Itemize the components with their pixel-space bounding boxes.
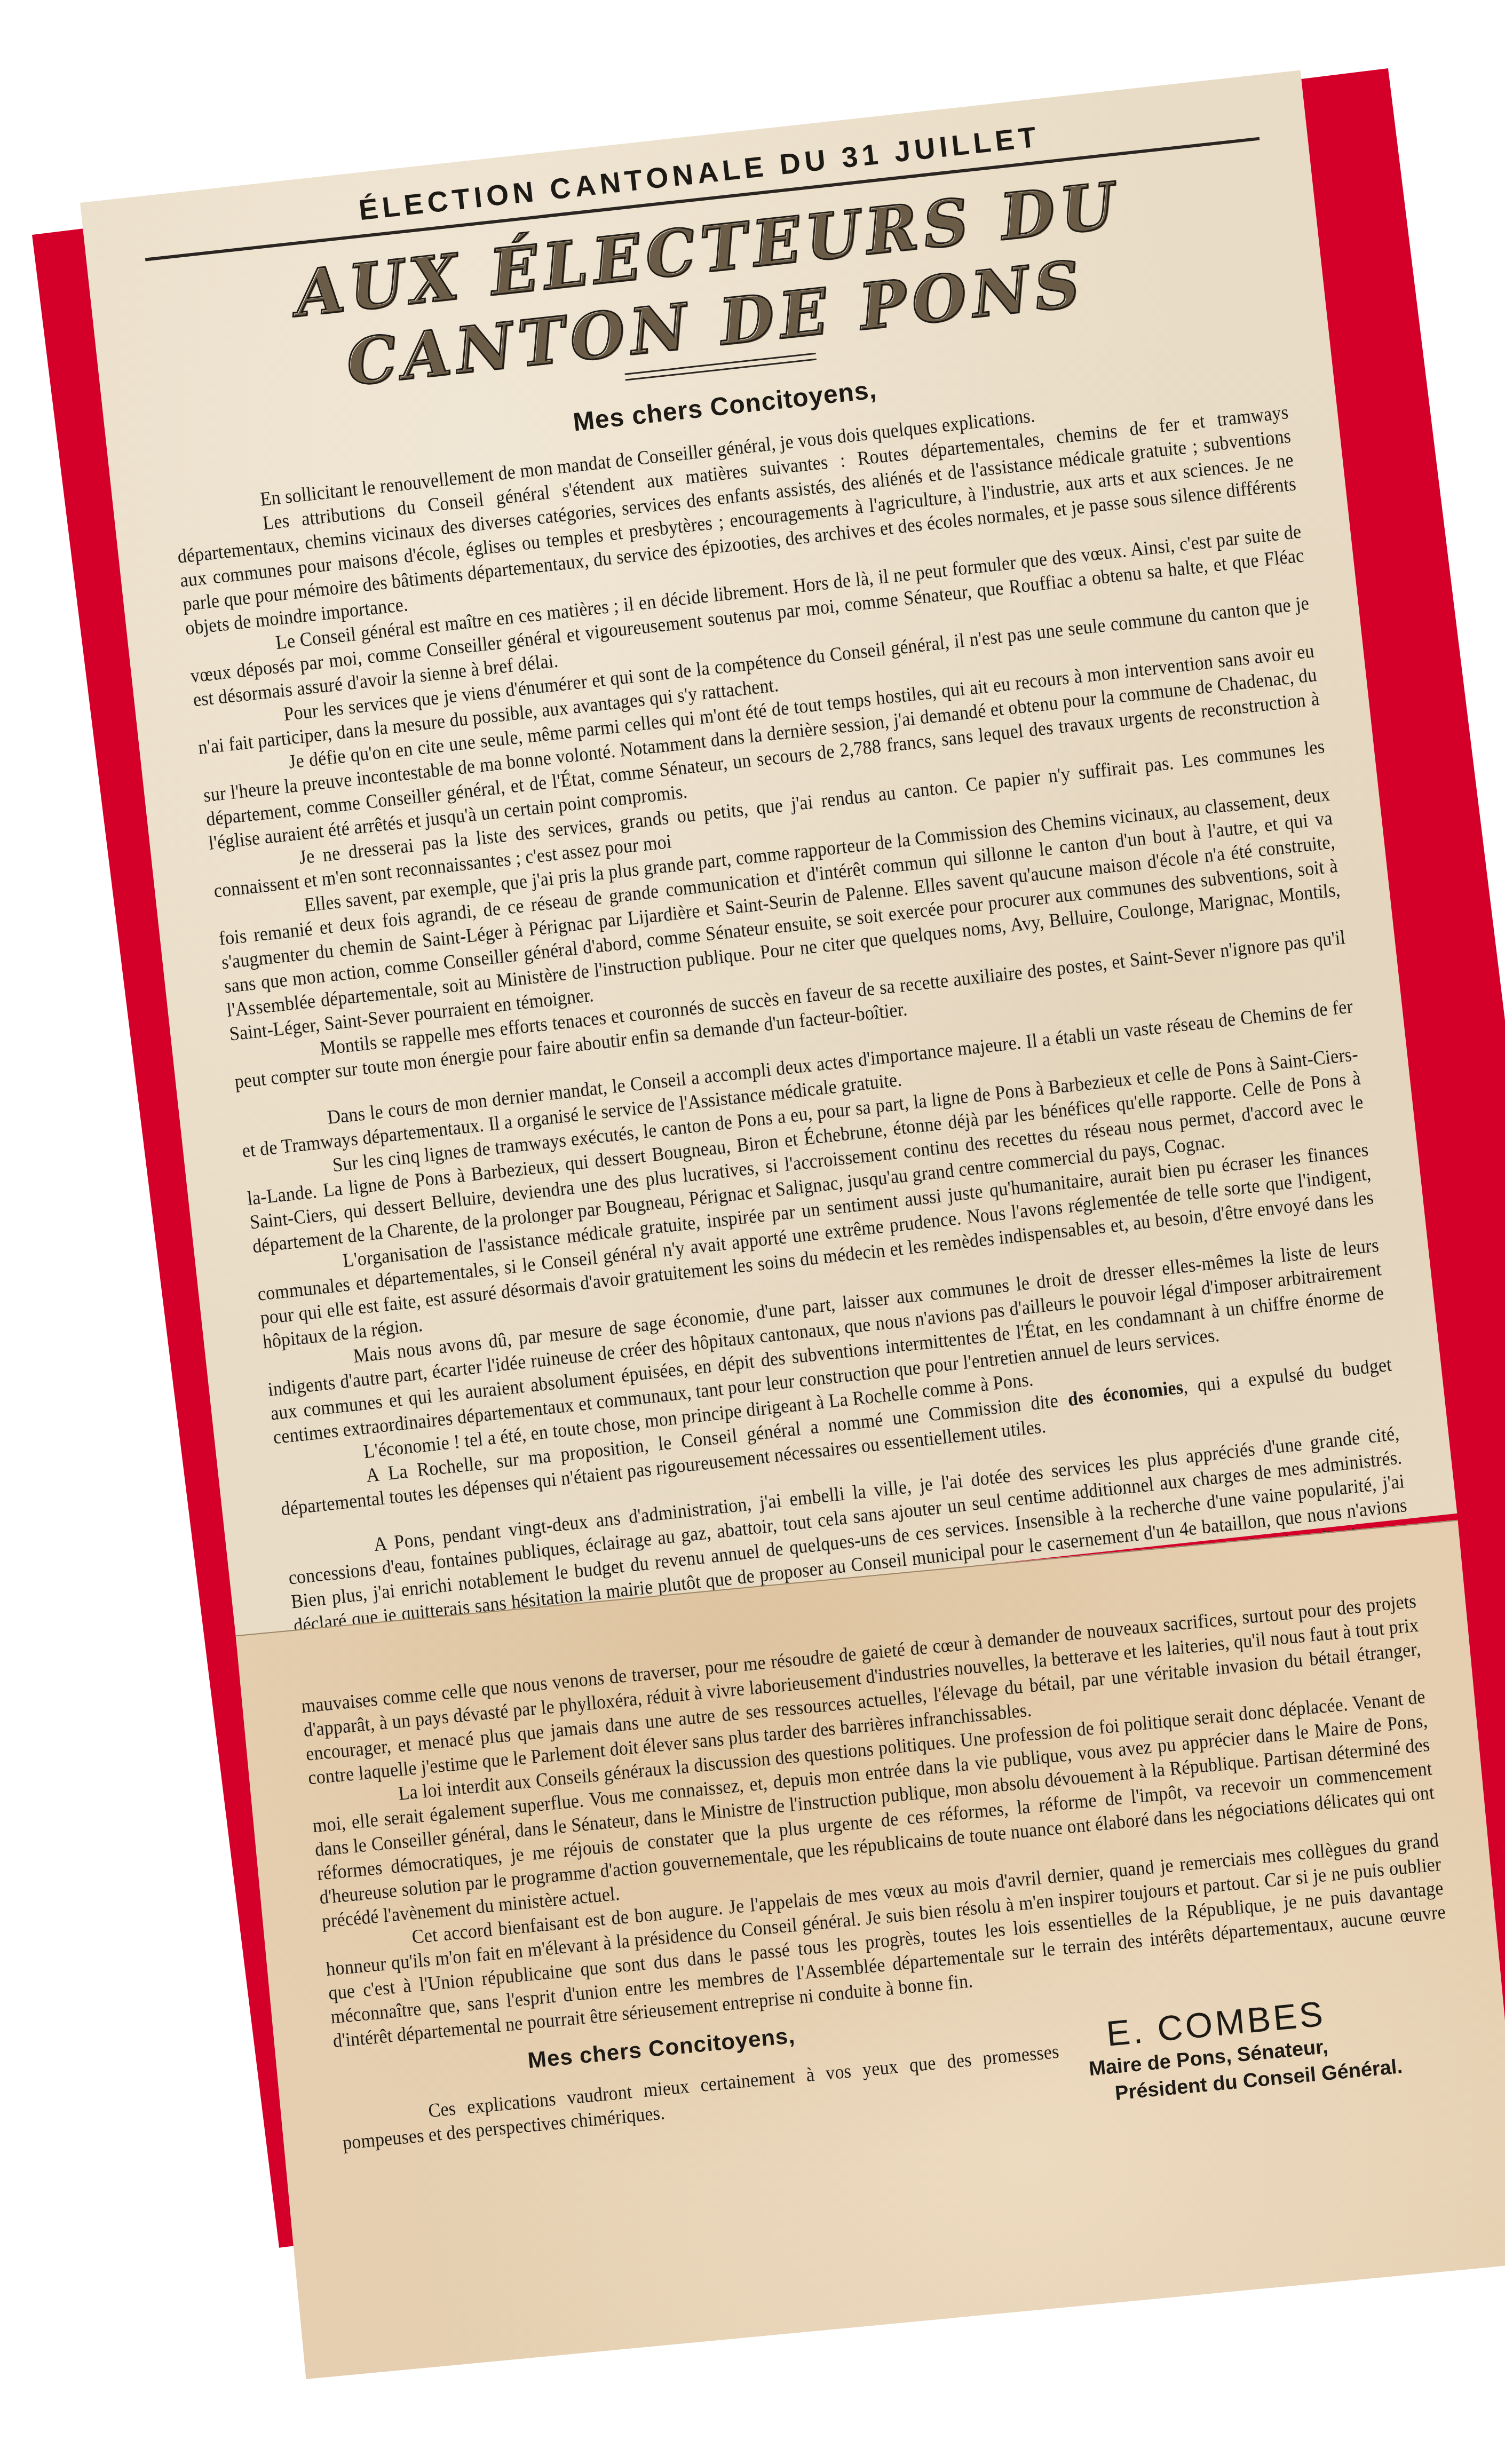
body-upper: En sollicitant le renouvellement de mon … xyxy=(171,376,1420,1733)
poster-lower-sheet: mauvaises comme celle que nous venons de… xyxy=(236,1520,1505,2379)
election-poster: ÉLECTION CANTONALE DU 31 JUILLET AUX ÉLE… xyxy=(80,70,1505,2378)
poster-upper-sheet: ÉLECTION CANTONALE DU 31 JUILLET AUX ÉLE… xyxy=(80,70,1457,1646)
